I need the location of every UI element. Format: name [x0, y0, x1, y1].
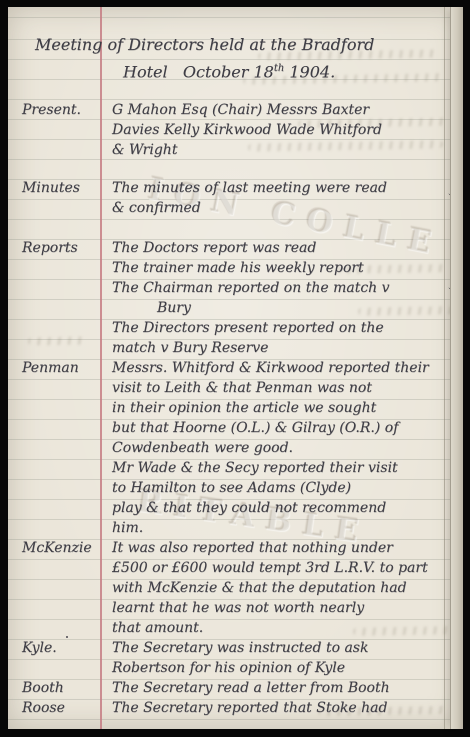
minute-line: The Secretary was instructed to ask	[112, 638, 463, 658]
minute-line: that amount.	[112, 618, 463, 638]
minute-line: match v Bury Reserve	[112, 338, 463, 358]
minute-entry: Minutes The minutes of last meeting were…	[8, 178, 463, 218]
margin-label: Booth	[8, 678, 112, 698]
margin-label: Penman	[8, 358, 112, 378]
minute-line: & confirmed	[112, 198, 463, 218]
margin-label: Kyle.	[8, 638, 112, 658]
margin-label: Minutes	[8, 178, 112, 198]
entry-lines: The Secretary read a letter from Booth	[112, 678, 463, 698]
meeting-heading: Meeting of Directors held at the Bradfor…	[8, 7, 463, 84]
minute-entry: Roose The Secretary reported that Stoke …	[8, 698, 463, 718]
minute-entry: McKenzie It was also reported that nothi…	[8, 538, 463, 638]
minute-line: Mr Wade & the Secy reported their visit	[112, 458, 463, 478]
minute-line: to Hamilton to see Adams (Clyde)	[112, 478, 463, 498]
minute-line: The Directors present reported on the	[112, 318, 463, 338]
minute-entry: Booth The Secretary read a letter from B…	[8, 678, 463, 698]
scanned-minute-book-photo: { "page": { "heading": { "line1": "Meeti…	[0, 0, 470, 737]
minute-entry: Kyle. The Secretary was instructed to as…	[8, 638, 463, 678]
minute-line: The Chairman reported on the match v	[112, 278, 463, 298]
minute-line: £500 or £600 would tempt 3rd L.R.V. to p…	[112, 558, 463, 578]
minute-line: with McKenzie & that the deputation had	[112, 578, 463, 598]
entry-lines: The Secretary was instructed to askRober…	[112, 638, 463, 678]
ink-blot	[66, 636, 68, 638]
heading-line-2: Hotel October 18th 1904.	[8, 57, 463, 84]
page-crease	[444, 7, 445, 729]
minute-line: Messrs. Whitford & Kirkwood reported the…	[112, 358, 463, 378]
margin-label: Reports	[8, 238, 112, 258]
minute-line: play & that they could not recommend	[112, 498, 463, 518]
minute-entry: Penman Messrs. Whitford & Kirkwood repor…	[8, 358, 463, 538]
margin-label: McKenzie	[8, 538, 112, 558]
heading-date-pre: Hotel October 18	[123, 62, 274, 81]
entry-lines: It was also reported that nothing under£…	[112, 538, 463, 638]
minute-line: The Secretary reported that Stoke had	[112, 698, 463, 718]
minute-line: Cowdenbeath were good.	[112, 438, 463, 458]
entry-lines: Messrs. Whitford & Kirkwood reported the…	[112, 358, 463, 538]
minute-line: The minutes of last meeting were read	[112, 178, 463, 198]
entry-lines: The minutes of last meeting were read& c…	[112, 178, 463, 218]
heading-line-1: Meeting of Directors held at the Bradfor…	[8, 33, 463, 57]
entry-lines: The Secretary reported that Stoke had	[112, 698, 463, 718]
minute-line: Bury	[112, 298, 463, 318]
minute-line: but that Hoorne (O.L.) & Gilray (O.R.) o…	[112, 418, 463, 438]
ordinal-suffix: th	[274, 63, 284, 74]
minute-line: G Mahon Esq (Chair) Messrs Baxter	[112, 100, 463, 120]
minutes-entries: Present. G Mahon Esq (Chair) Messrs Baxt…	[8, 100, 463, 718]
minute-line: It was also reported that nothing under	[112, 538, 463, 558]
margin-label: Present.	[8, 100, 112, 120]
minute-line: him.	[112, 518, 463, 538]
minute-line: & Wright	[112, 140, 463, 160]
minute-entry: Reports The Doctors report was readThe t…	[8, 238, 463, 358]
heading-date-post: 1904.	[284, 62, 335, 81]
minute-line: Davies Kelly Kirkwood Wade Whitford	[112, 120, 463, 140]
minute-line: Robertson for his opinion of Kyle	[112, 658, 463, 678]
entry-lines: The Doctors report was readThe trainer m…	[112, 238, 463, 358]
minute-line: learnt that he was not worth nearly	[112, 598, 463, 618]
minute-entry: Present. G Mahon Esq (Chair) Messrs Baxt…	[8, 100, 463, 160]
margin-label: Roose	[8, 698, 112, 718]
notebook-page: ION COLLE RITABLE Meeting of Directors h…	[8, 7, 463, 729]
minute-line: The Doctors report was read	[112, 238, 463, 258]
handwritten-minutes: Meeting of Directors held at the Bradfor…	[8, 7, 463, 729]
minute-line: The Secretary read a letter from Booth	[112, 678, 463, 698]
book-page-edge	[450, 7, 463, 729]
minute-line: in their opinion the article we sought	[112, 398, 463, 418]
minute-line: visit to Leith & that Penman was not	[112, 378, 463, 398]
entry-lines: G Mahon Esq (Chair) Messrs BaxterDavies …	[112, 100, 463, 160]
minute-line: The trainer made his weekly report	[112, 258, 463, 278]
